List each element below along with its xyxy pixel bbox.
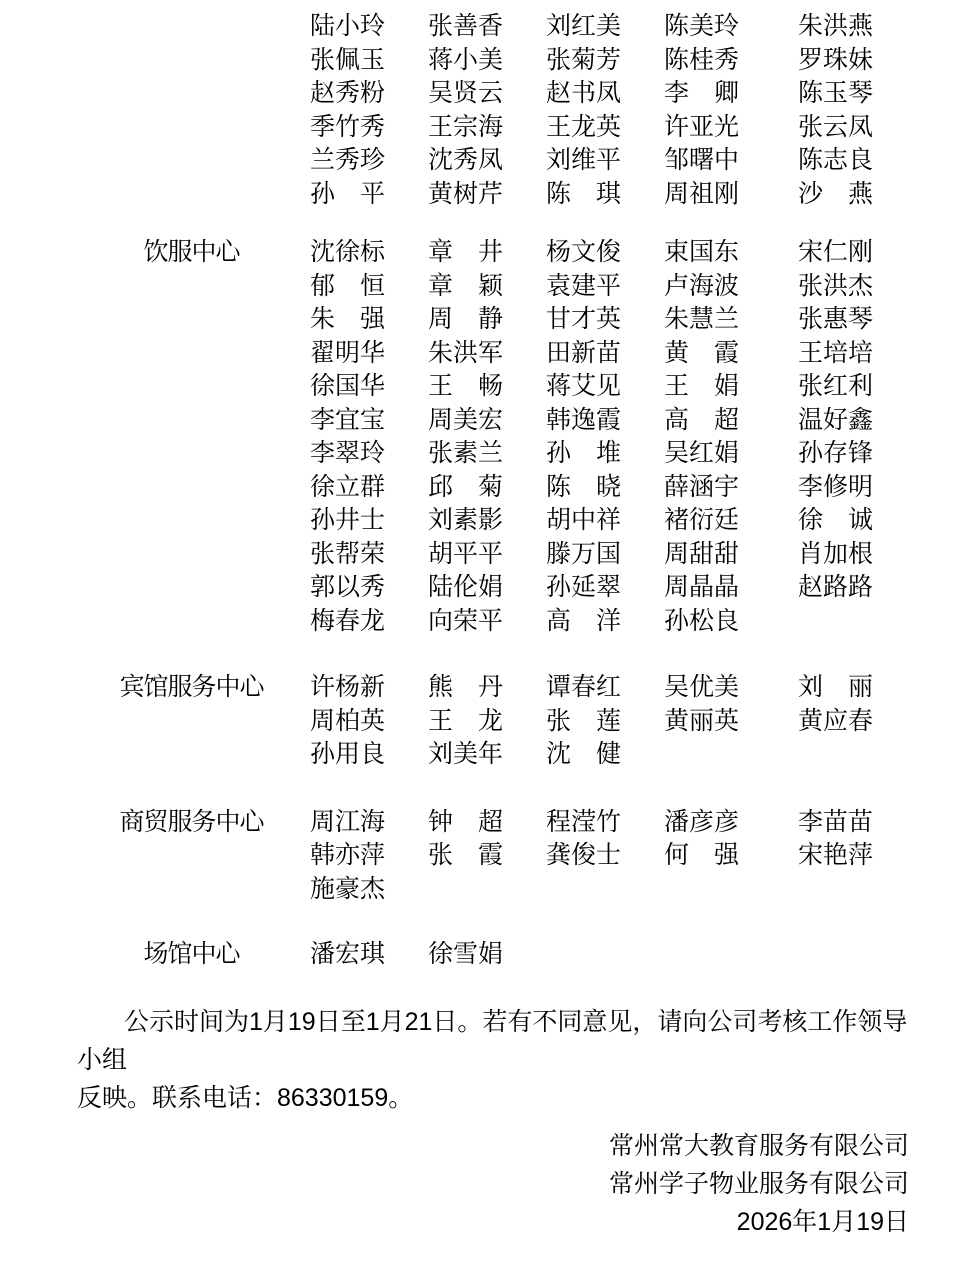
roster-section: 陆小玲张善香刘红美陈美玲朱洪燕张佩玉蒋小美张菊芳陈桂秀罗珠妹赵秀粉吴贤云赵书凤李… <box>73 10 980 211</box>
person-name: 温好鑫 <box>798 404 875 438</box>
empty-label-cell <box>73 437 310 471</box>
person-name: 许杨新 <box>310 671 428 705</box>
person-name: 张佩玉 <box>310 44 428 78</box>
roster-row: 宾馆服务中心许杨新熊 丹谭春红吴优美刘 丽 <box>73 671 980 705</box>
empty-cell <box>798 938 875 972</box>
roster-row: 张帮荣胡平平滕万国周甜甜肖加根 <box>73 538 980 572</box>
person-name: 刘美年 <box>428 738 546 772</box>
empty-label-cell <box>73 404 310 438</box>
person-name: 束国东 <box>664 236 798 270</box>
roster-section: 饮服中心沈徐标章 井杨文俊束国东宋仁刚郁 恒章 颖袁建平卢海波张洪杰朱 强周 静… <box>73 236 980 638</box>
notice-line-2: 反映。联系电话：86330159。 <box>77 1079 909 1117</box>
person-name: 朱 强 <box>310 303 428 337</box>
roster-row: 郁 恒章 颖袁建平卢海波张洪杰 <box>73 270 980 304</box>
empty-label-cell <box>73 144 310 178</box>
person-name: 肖加根 <box>798 538 875 572</box>
person-name: 周祖刚 <box>664 178 798 212</box>
person-name: 钟 超 <box>428 806 546 840</box>
person-name: 高 超 <box>664 404 798 438</box>
person-name: 许亚光 <box>664 111 798 145</box>
person-name: 张菊芳 <box>546 44 664 78</box>
notice-paragraph: 公示时间为1月19日至1月21日。若有不同意见，请向公司考核工作领导小组 反映。… <box>77 1003 909 1117</box>
roster-row: 周柏英王 龙张 莲黄丽英黄应春 <box>73 705 980 739</box>
person-name: 朱洪军 <box>428 337 546 371</box>
person-name: 刘 丽 <box>798 671 875 705</box>
empty-label-cell <box>73 571 310 605</box>
person-name: 孙 堆 <box>546 437 664 471</box>
department-label: 场馆中心 <box>73 938 310 972</box>
person-name: 李宜宝 <box>310 404 428 438</box>
person-name: 刘红美 <box>546 10 664 44</box>
person-name: 袁建平 <box>546 270 664 304</box>
person-name: 孙松良 <box>664 605 798 639</box>
roster-row: 孙用良刘美年沈 健 <box>73 738 980 772</box>
person-name: 高 洋 <box>546 605 664 639</box>
person-name: 罗珠妹 <box>798 44 875 78</box>
person-name: 徐国华 <box>310 370 428 404</box>
person-name: 赵路路 <box>798 571 875 605</box>
person-name: 邱 菊 <box>428 471 546 505</box>
person-name: 沈 健 <box>546 738 664 772</box>
person-name: 胡平平 <box>428 538 546 572</box>
person-name: 徐 诚 <box>798 504 875 538</box>
person-name: 甘才英 <box>546 303 664 337</box>
roster-row: 翟明华朱洪军田新苗黄 霞王培培 <box>73 337 980 371</box>
person-name: 陈美玲 <box>664 10 798 44</box>
empty-label-cell <box>73 77 310 111</box>
person-name: 田新苗 <box>546 337 664 371</box>
roster-row: 场馆中心潘宏琪徐雪娟 <box>73 938 980 972</box>
roster-row: 徐国华王 畅蒋艾见王 娟张红利 <box>73 370 980 404</box>
roster-row: 陆小玲张善香刘红美陈美玲朱洪燕 <box>73 10 980 44</box>
empty-label-cell <box>73 178 310 212</box>
person-name: 兰秀珍 <box>310 144 428 178</box>
roster-row: 商贸服务中心周江海钟 超程滢竹潘彦彦李苗苗 <box>73 806 980 840</box>
empty-cell <box>546 938 664 972</box>
department-label: 宾馆服务中心 <box>73 671 310 705</box>
empty-cell <box>798 873 875 907</box>
person-name: 胡中祥 <box>546 504 664 538</box>
person-name: 张云凤 <box>798 111 875 145</box>
person-name: 刘素影 <box>428 504 546 538</box>
person-name: 李 卿 <box>664 77 798 111</box>
empty-label-cell <box>73 738 310 772</box>
empty-cell <box>428 873 546 907</box>
person-name: 翟明华 <box>310 337 428 371</box>
person-name: 韩亦萍 <box>310 839 428 873</box>
person-name: 黄应春 <box>798 705 875 739</box>
person-name: 沈徐标 <box>310 236 428 270</box>
person-name: 季竹秀 <box>310 111 428 145</box>
roster-row: 郭以秀陆伦娟孙延翠周晶晶赵路路 <box>73 571 980 605</box>
person-name: 孙用良 <box>310 738 428 772</box>
person-name: 孙延翠 <box>546 571 664 605</box>
person-name: 王 娟 <box>664 370 798 404</box>
person-name: 熊 丹 <box>428 671 546 705</box>
person-name: 卢海波 <box>664 270 798 304</box>
empty-label-cell <box>73 605 310 639</box>
person-name: 赵秀粉 <box>310 77 428 111</box>
person-name: 郭以秀 <box>310 571 428 605</box>
person-name: 潘宏琪 <box>310 938 428 972</box>
person-name: 宋仁刚 <box>798 236 875 270</box>
person-name: 周江海 <box>310 806 428 840</box>
person-name: 薛涵宇 <box>664 471 798 505</box>
person-name: 王龙英 <box>546 111 664 145</box>
empty-cell <box>798 738 875 772</box>
person-name: 吴红娟 <box>664 437 798 471</box>
person-name: 孙井士 <box>310 504 428 538</box>
person-name: 郁 恒 <box>310 270 428 304</box>
person-name: 章 颖 <box>428 270 546 304</box>
roster-row: 孙井士刘素影胡中祥褚衍廷徐 诚 <box>73 504 980 538</box>
person-name: 周美宏 <box>428 404 546 438</box>
empty-label-cell <box>73 839 310 873</box>
person-name: 梅春龙 <box>310 605 428 639</box>
department-label: 商贸服务中心 <box>73 806 310 840</box>
roster-row: 梅春龙向荣平高 洋孙松良 <box>73 605 980 639</box>
person-name: 周柏英 <box>310 705 428 739</box>
person-name: 潘彦彦 <box>664 806 798 840</box>
person-name: 韩逸霞 <box>546 404 664 438</box>
empty-label-cell <box>73 44 310 78</box>
person-name: 章 井 <box>428 236 546 270</box>
empty-label-cell <box>73 270 310 304</box>
person-name: 张善香 <box>428 10 546 44</box>
roster-row: 徐立群邱 菊陈 晓薛涵宇李修明 <box>73 471 980 505</box>
person-name: 张 霞 <box>428 839 546 873</box>
person-name: 吴贤云 <box>428 77 546 111</box>
person-name: 蒋小美 <box>428 44 546 78</box>
person-name: 王 龙 <box>428 705 546 739</box>
company-name-2: 常州学子物业服务有限公司 <box>77 1165 909 1203</box>
person-name: 周甜甜 <box>664 538 798 572</box>
person-name: 黄丽英 <box>664 705 798 739</box>
roster-row: 兰秀珍沈秀凤刘维平邹曙中陈志良 <box>73 144 980 178</box>
empty-cell <box>546 873 664 907</box>
person-name: 何 强 <box>664 839 798 873</box>
person-name: 沙 燕 <box>798 178 875 212</box>
department-label: 饮服中心 <box>73 236 310 270</box>
person-name: 李翠玲 <box>310 437 428 471</box>
person-name: 朱慧兰 <box>664 303 798 337</box>
roster-row: 李宜宝周美宏韩逸霞高 超温好鑫 <box>73 404 980 438</box>
empty-cell <box>664 938 798 972</box>
person-name: 张素兰 <box>428 437 546 471</box>
roster-section: 宾馆服务中心许杨新熊 丹谭春红吴优美刘 丽周柏英王 龙张 莲黄丽英黄应春孙用良刘… <box>73 671 980 772</box>
person-name: 陈志良 <box>798 144 875 178</box>
person-name: 陈玉琴 <box>798 77 875 111</box>
roster-row: 季竹秀王宗海王龙英许亚光张云凤 <box>73 111 980 145</box>
empty-label-cell <box>73 303 310 337</box>
person-name: 蒋艾见 <box>546 370 664 404</box>
person-name: 沈秀凤 <box>428 144 546 178</box>
roster-row: 朱 强周 静甘才英朱慧兰张惠琴 <box>73 303 980 337</box>
empty-label-cell <box>73 337 310 371</box>
person-name: 孙 平 <box>310 178 428 212</box>
person-name: 周晶晶 <box>664 571 798 605</box>
person-name: 赵书凤 <box>546 77 664 111</box>
signature-date: 2026年1月19日 <box>77 1203 909 1241</box>
person-name: 陈 琪 <box>546 178 664 212</box>
person-name: 龚俊士 <box>546 839 664 873</box>
person-name: 滕万国 <box>546 538 664 572</box>
person-name: 李修明 <box>798 471 875 505</box>
person-name: 张惠琴 <box>798 303 875 337</box>
person-name: 孙存锋 <box>798 437 875 471</box>
roster-row: 施豪杰 <box>73 873 980 907</box>
person-name: 陆小玲 <box>310 10 428 44</box>
person-name: 吴优美 <box>664 671 798 705</box>
empty-label-cell <box>73 471 310 505</box>
person-name: 王宗海 <box>428 111 546 145</box>
notice-line-1: 公示时间为1月19日至1月21日。若有不同意见，请向公司考核工作领导小组 <box>77 1003 909 1079</box>
empty-label-cell <box>73 873 310 907</box>
company-name-1: 常州常大教育服务有限公司 <box>77 1127 909 1165</box>
person-name: 周 静 <box>428 303 546 337</box>
person-name: 谭春红 <box>546 671 664 705</box>
person-name: 张洪杰 <box>798 270 875 304</box>
roster-section: 场馆中心潘宏琪徐雪娟 <box>73 938 980 972</box>
person-name: 程滢竹 <box>546 806 664 840</box>
roster-row: 赵秀粉吴贤云赵书凤李 卿陈玉琴 <box>73 77 980 111</box>
person-name: 王培培 <box>798 337 875 371</box>
empty-label-cell <box>73 111 310 145</box>
person-name: 陈 晓 <box>546 471 664 505</box>
roster-row: 张佩玉蒋小美张菊芳陈桂秀罗珠妹 <box>73 44 980 78</box>
empty-cell <box>798 605 875 639</box>
person-name: 宋艳萍 <box>798 839 875 873</box>
person-name: 张 莲 <box>546 705 664 739</box>
empty-label-cell <box>73 538 310 572</box>
empty-label-cell <box>73 10 310 44</box>
person-name: 张红利 <box>798 370 875 404</box>
personnel-roster: 陆小玲张善香刘红美陈美玲朱洪燕张佩玉蒋小美张菊芳陈桂秀罗珠妹赵秀粉吴贤云赵书凤李… <box>73 10 980 972</box>
person-name: 黄 霞 <box>664 337 798 371</box>
document-page: 陆小玲张善香刘红美陈美玲朱洪燕张佩玉蒋小美张菊芳陈桂秀罗珠妹赵秀粉吴贤云赵书凤李… <box>0 0 980 1276</box>
roster-section: 商贸服务中心周江海钟 超程滢竹潘彦彦李苗苗韩亦萍张 霞龚俊士何 强宋艳萍施豪杰 <box>73 806 980 907</box>
roster-row: 饮服中心沈徐标章 井杨文俊束国东宋仁刚 <box>73 236 980 270</box>
signature-block: 常州常大教育服务有限公司 常州学子物业服务有限公司 2026年1月19日 <box>77 1127 909 1241</box>
person-name: 邹曙中 <box>664 144 798 178</box>
person-name: 张帮荣 <box>310 538 428 572</box>
person-name: 徐雪娟 <box>428 938 546 972</box>
person-name: 李苗苗 <box>798 806 875 840</box>
empty-label-cell <box>73 504 310 538</box>
empty-cell <box>664 873 798 907</box>
person-name: 刘维平 <box>546 144 664 178</box>
roster-row: 孙 平黄树芹陈 琪周祖刚沙 燕 <box>73 178 980 212</box>
person-name: 黄树芹 <box>428 178 546 212</box>
person-name: 施豪杰 <box>310 873 428 907</box>
empty-label-cell <box>73 705 310 739</box>
person-name: 徐立群 <box>310 471 428 505</box>
roster-row: 韩亦萍张 霞龚俊士何 强宋艳萍 <box>73 839 980 873</box>
empty-cell <box>664 738 798 772</box>
person-name: 向荣平 <box>428 605 546 639</box>
person-name: 褚衍廷 <box>664 504 798 538</box>
person-name: 朱洪燕 <box>798 10 875 44</box>
person-name: 陆伦娟 <box>428 571 546 605</box>
person-name: 陈桂秀 <box>664 44 798 78</box>
empty-label-cell <box>73 370 310 404</box>
person-name: 杨文俊 <box>546 236 664 270</box>
person-name: 王 畅 <box>428 370 546 404</box>
roster-row: 李翠玲张素兰孙 堆吴红娟孙存锋 <box>73 437 980 471</box>
